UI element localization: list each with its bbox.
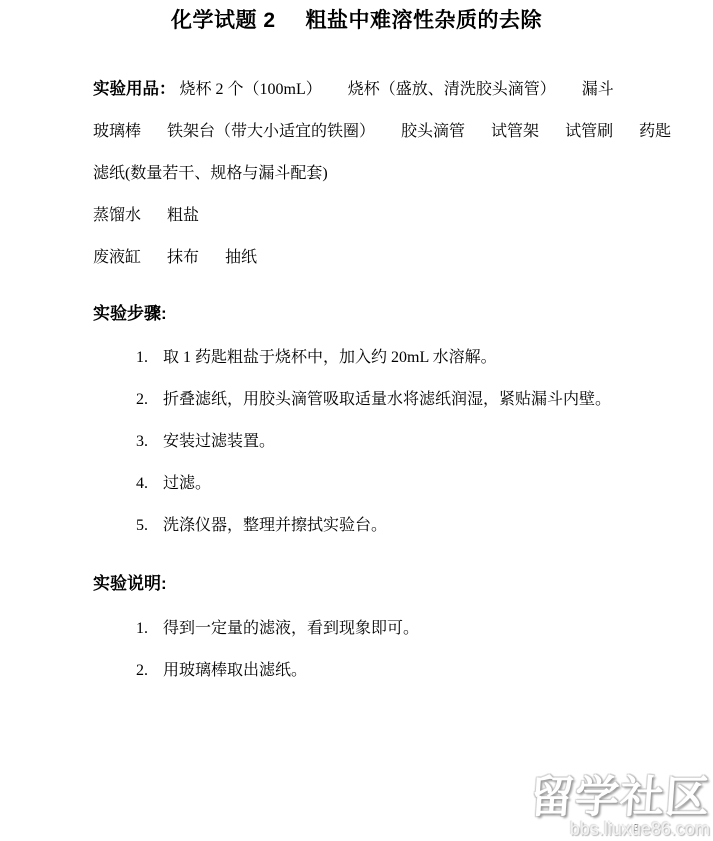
supplies-line-3: 滤纸(数量若干、规格与漏斗配套) [93, 163, 653, 185]
step-text: 安装过滤装置。 [163, 433, 275, 450]
watermark-site-name: 留学社区 [529, 777, 712, 819]
step-item-4: 4.过滤。 [93, 473, 653, 494]
supplies-line-1: 实验用品：烧杯 2 个（100mL）烧杯（盛放、清洗胶头滴管）漏斗 [93, 78, 653, 101]
document-body: 实验用品：烧杯 2 个（100mL）烧杯（盛放、清洗胶头滴管）漏斗 玻璃棒铁架台… [93, 78, 653, 681]
document-page: 化学试题 2粗盐中难溶性杂质的去除 实验用品：烧杯 2 个（100mL）烧杯（盛… [0, 0, 713, 841]
step-text: 过滤。 [163, 475, 211, 492]
note-number: 1. [136, 618, 148, 639]
supply-item: 试管架 [491, 123, 539, 140]
supplies-section: 实验用品：烧杯 2 个（100mL）烧杯（盛放、清洗胶头滴管）漏斗 玻璃棒铁架台… [93, 78, 653, 269]
supply-item: 蒸馏水 [93, 207, 141, 224]
step-number: 2. [136, 389, 148, 410]
supplies-line-2: 玻璃棒铁架台（带大小适宜的铁圈）胶头滴管试管架试管刷药匙 [93, 121, 653, 143]
supply-item: 试管刷 [565, 123, 613, 140]
supply-item: 滤纸(数量若干、规格与漏斗配套) [93, 165, 328, 182]
page-number: 3 [634, 823, 639, 835]
steps-heading: 实验步骤: [93, 303, 653, 325]
note-text: 用玻璃棒取出滤纸。 [163, 662, 307, 679]
note-number: 2. [136, 660, 148, 681]
supply-item: 粗盐 [167, 207, 199, 224]
notes-list: 1.得到一定量的滤液，看到现象即可。 2.用玻璃棒取出滤纸。 [93, 618, 653, 681]
title-exam-label: 化学试题 2 [171, 9, 276, 32]
step-number: 4. [136, 473, 148, 494]
supply-item: 铁架台（带大小适宜的铁圈） [167, 123, 375, 140]
supplies-label: 实验用品： [93, 80, 176, 98]
supply-item: 药匙 [639, 123, 671, 140]
supply-item: 玻璃棒 [93, 123, 141, 140]
step-item-2: 2.折叠滤纸，用胶头滴管吸取适量水将滤纸润湿，紧贴漏斗内壁。 [93, 389, 653, 410]
step-text: 取 1 药匙粗盐于烧杯中，加入约 20mL 水溶解。 [163, 349, 497, 366]
step-text: 洗涤仪器，整理并擦拭实验台。 [163, 517, 387, 534]
step-number: 3. [136, 431, 148, 452]
notes-heading: 实验说明: [93, 573, 653, 595]
note-text: 得到一定量的滤液，看到现象即可。 [163, 620, 419, 637]
supply-item: 漏斗 [582, 81, 614, 98]
supply-item: 烧杯 2 个（100mL） [180, 81, 322, 98]
step-item-1: 1.取 1 药匙粗盐于烧杯中，加入约 20mL 水溶解。 [93, 347, 653, 368]
step-text: 折叠滤纸，用胶头滴管吸取适量水将滤纸润湿，紧贴漏斗内壁。 [163, 391, 611, 408]
step-number: 1. [136, 347, 148, 368]
watermark-site-url: bbs.liuxue86.com [530, 819, 710, 839]
page-title: 化学试题 2粗盐中难溶性杂质的去除 [0, 0, 713, 34]
steps-list: 1.取 1 药匙粗盐于烧杯中，加入约 20mL 水溶解。 2.折叠滤纸，用胶头滴… [93, 347, 653, 536]
supplies-line-4: 蒸馏水粗盐 [93, 205, 653, 227]
step-item-3: 3.安装过滤装置。 [93, 431, 653, 452]
note-item-1: 1.得到一定量的滤液，看到现象即可。 [93, 618, 653, 639]
step-number: 5. [136, 515, 148, 536]
supply-item: 胶头滴管 [401, 123, 465, 140]
supply-item: 抽纸 [225, 249, 257, 266]
supply-item: 烧杯（盛放、清洗胶头滴管） [348, 81, 556, 98]
supply-item: 抹布 [167, 249, 199, 266]
supply-item: 废液缸 [93, 249, 141, 266]
supplies-line-5: 废液缸抹布抽纸 [93, 247, 653, 269]
watermark: 留学社区 bbs.liuxue86.com [530, 777, 710, 839]
note-item-2: 2.用玻璃棒取出滤纸。 [93, 660, 653, 681]
title-topic: 粗盐中难溶性杂质的去除 [306, 9, 543, 32]
step-item-5: 5.洗涤仪器，整理并擦拭实验台。 [93, 515, 653, 536]
